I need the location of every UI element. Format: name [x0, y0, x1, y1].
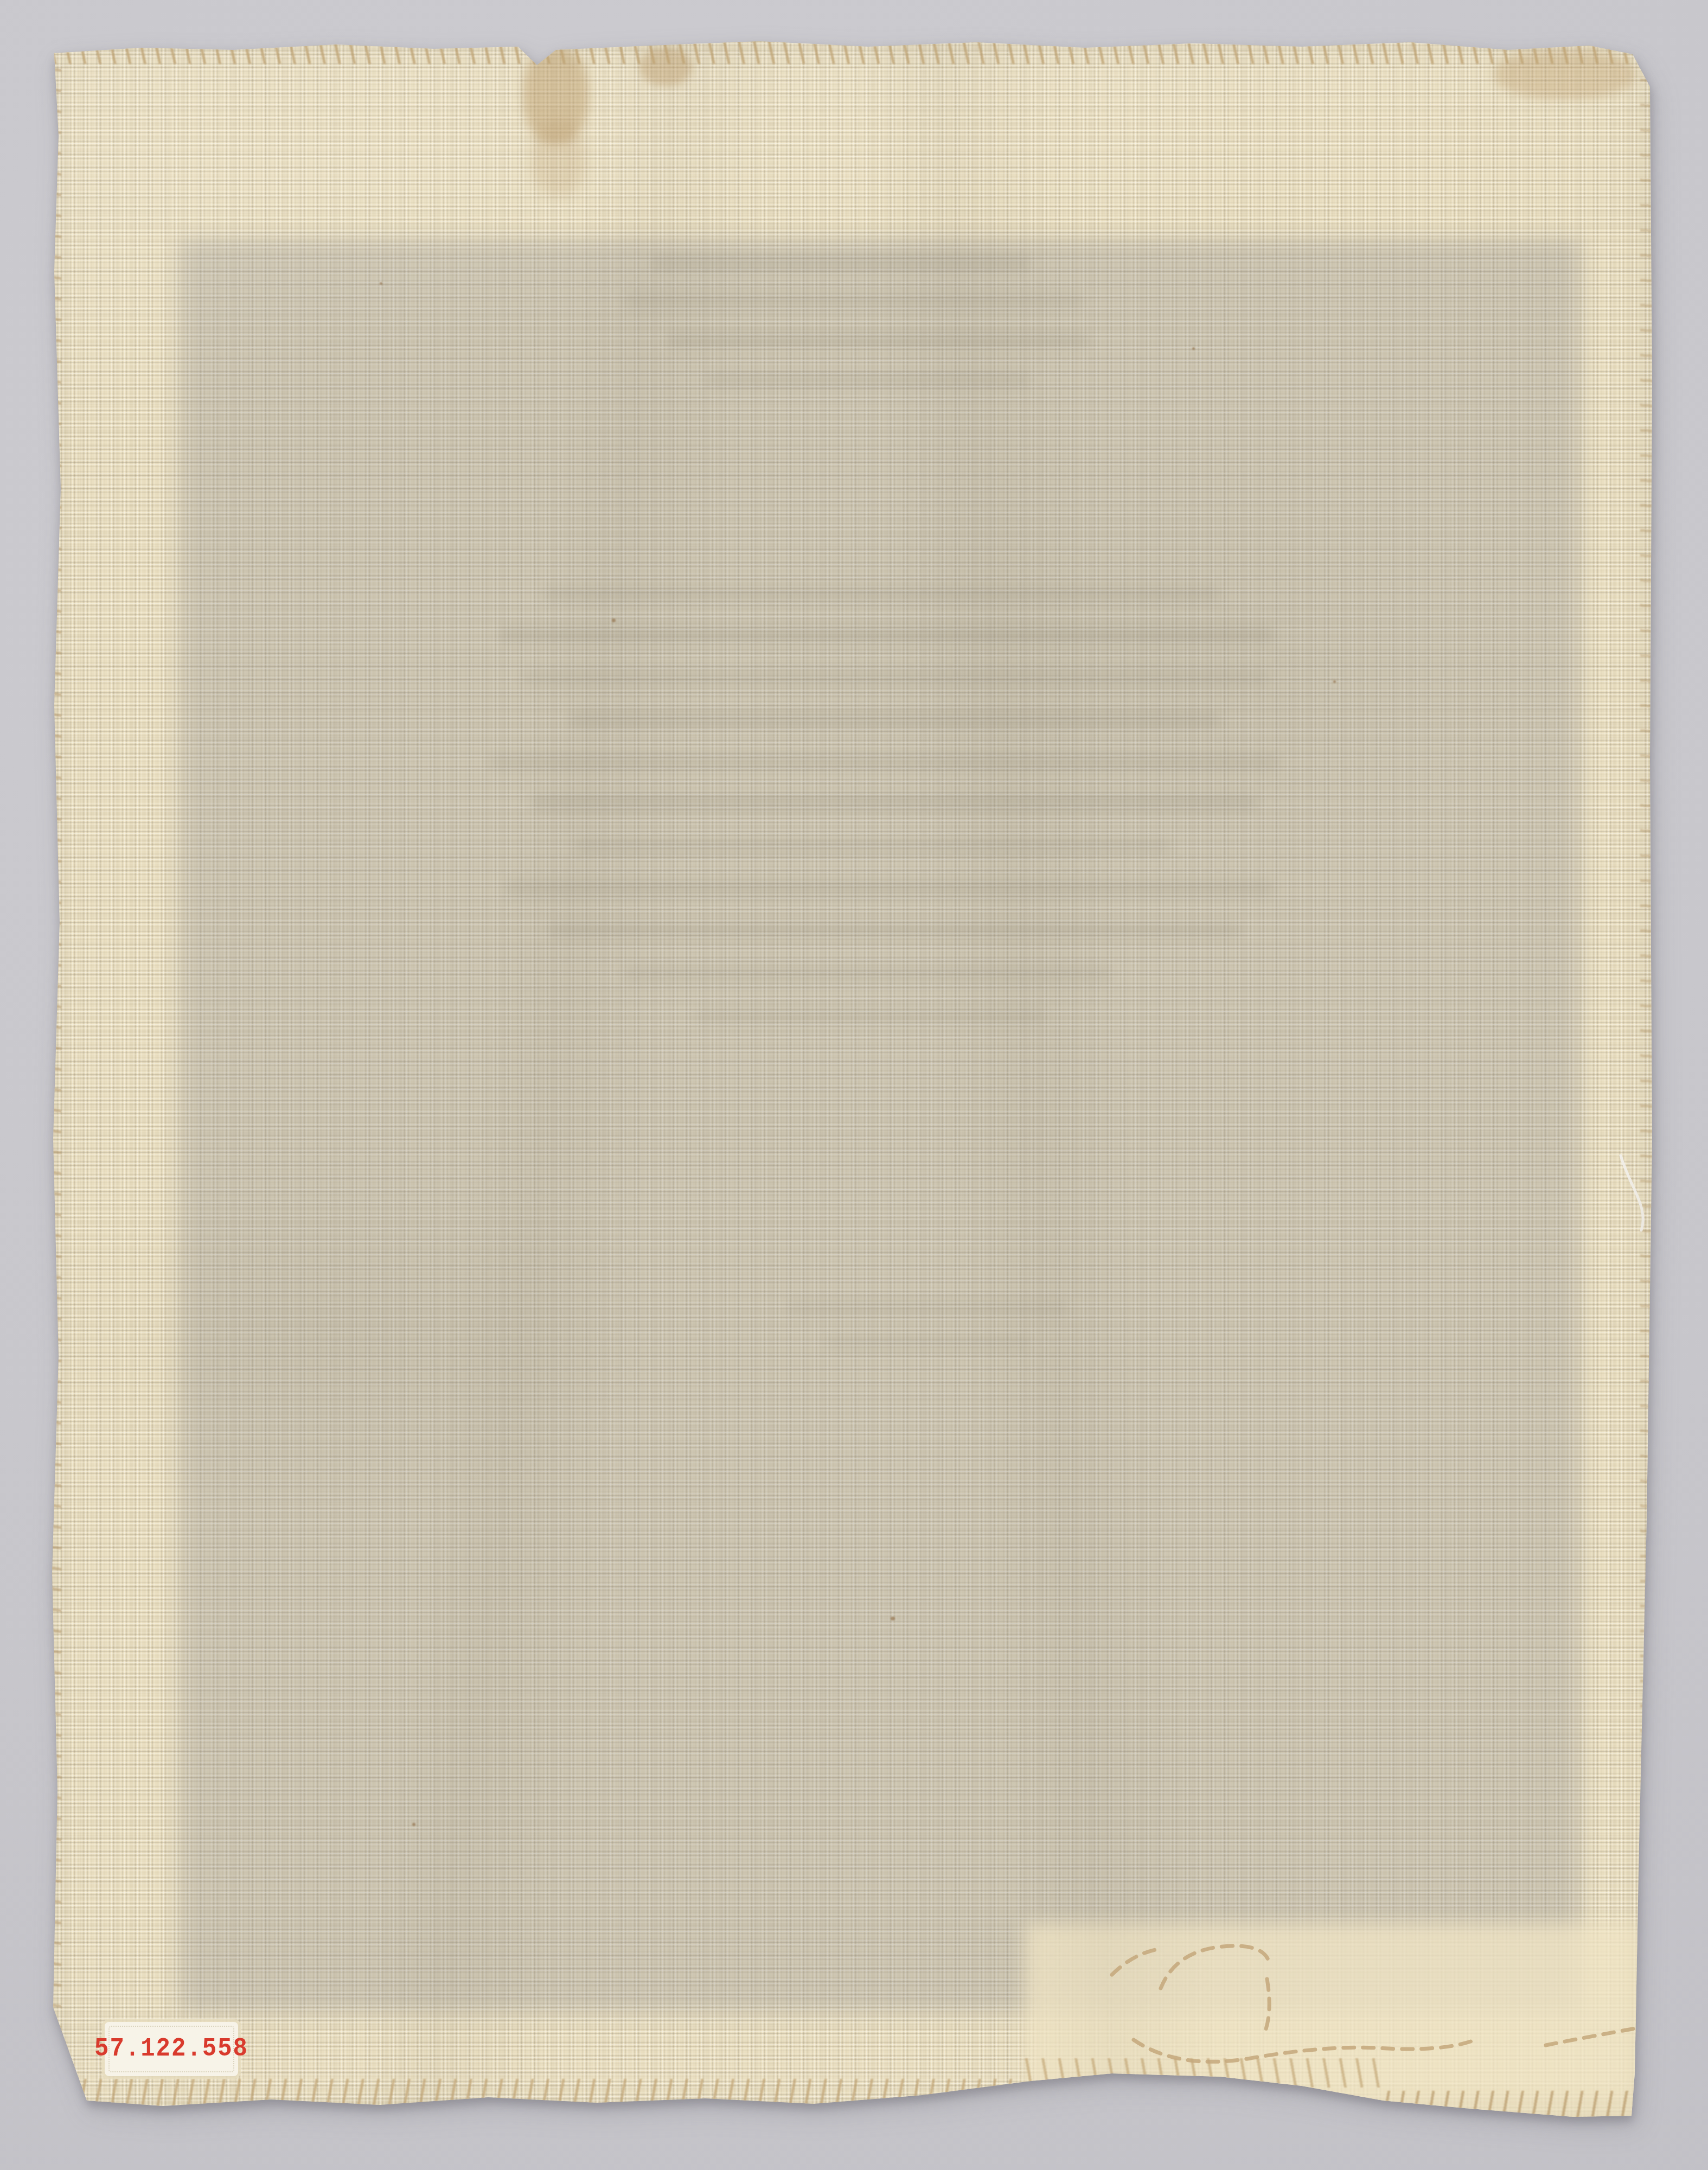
accession-label: 57.122.558 [105, 2022, 238, 2076]
fabric-panel: 57.122.558 [46, 39, 1653, 2118]
accession-number: 57.122.558 [94, 2034, 248, 2064]
loose-thread [1621, 1156, 1643, 1230]
repair-stitches [46, 39, 1653, 2118]
textile-artifact: 57.122.558 [46, 39, 1653, 2118]
